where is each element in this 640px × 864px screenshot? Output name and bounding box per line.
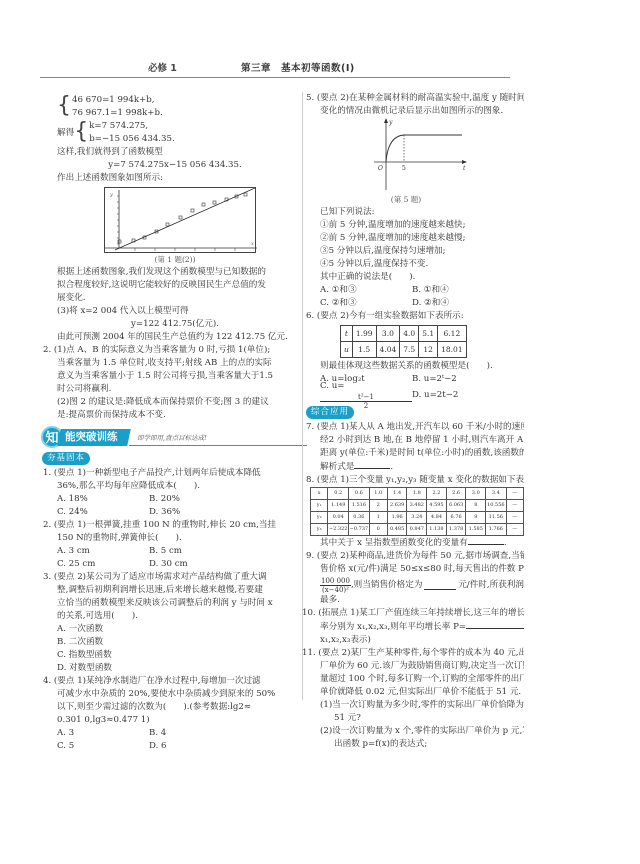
question-line: 0.301 0,lg3≈0.477 1) <box>57 714 293 727</box>
options-row: C. 25 cm D. 30 cm <box>57 558 293 571</box>
punctuation: . <box>504 538 507 548</box>
answer-blank[interactable] <box>468 536 504 545</box>
banner-title: 能突破训练 <box>65 429 118 446</box>
question-line: 11. (要点 2)某厂生产某种零件,每个零件的成本为 40 元,出 <box>302 647 524 660</box>
question-line: 3. (要点 2)某公司为了适应市场需求对产品结构做了重大调 <box>43 571 293 584</box>
question-3: 3. (要点 2)某公司为了适应市场需求对产品结构做了重大调 整,调整后初期利润… <box>57 571 293 675</box>
table-cell: 9 <box>466 512 486 524</box>
question-line: 售价格 x(元/件)满足 50≤x≤80 时,每天售出的件数 P= <box>306 563 524 576</box>
book-label: 必修 1 <box>148 62 177 75</box>
question-line: 8. (要点 1)三个变量 y₁,y₂,y₃ 随变量 x 变化的数据如下表: <box>306 474 524 487</box>
options-row: C. ②和③ D. ②和④ <box>306 297 524 310</box>
question-5: 5. (要点 2)在某种金属材料的耐高温实验中,温度 y 随时间 t 变化的情况… <box>306 92 524 310</box>
question-line: 9. (要点 2)某种商品,进货价为每件 50 元,据市场调查,当销 <box>306 550 524 563</box>
question-prompt: 其中关于 x 呈指数型函数变化的变量有 <box>320 538 468 548</box>
table-cell: — <box>506 512 523 524</box>
banner-subtitle: 即学即用,盘点目标达成! <box>137 432 207 445</box>
statement-1: ①前 5 分钟,温度增加的速度越来越快; <box>306 219 524 232</box>
table-cell: 6.76 <box>446 512 466 524</box>
svg-text:x: x <box>251 241 254 247</box>
question-line: 解析式是 <box>320 462 354 472</box>
table-cell: y₃ <box>311 524 328 536</box>
table-cell: 1 <box>369 512 387 524</box>
data-table-q8: x0.20.61.01.41.82.22.63.03.4— y₁1.1491.5… <box>310 487 524 536</box>
option-a[interactable]: A. 18% <box>57 493 149 506</box>
table-cell: 1.378 <box>446 524 466 536</box>
table-cell: −0.737 <box>349 524 370 536</box>
section-pill-basic: 夯基固本 <box>42 452 90 465</box>
option-b[interactable]: B. 5 cm <box>149 545 241 558</box>
question-4: 4. (要点 1)某纯净水制造厂在净水过程中,每增加一次过滤 可减少水中杂质的 … <box>57 675 293 753</box>
table-cell: 0.485 <box>387 524 407 536</box>
table-row: u 1.5 4.04 7.5 12 18.01 <box>341 342 467 358</box>
question-1: 1. (要点 1)一种新型电子产品投产,计划两年后使成本降低 36%,那么平均每… <box>57 467 293 519</box>
equation-line: b=−15 056 434.35. <box>89 133 175 146</box>
table-cell: — <box>506 524 523 536</box>
question-8: 8. (要点 1)三个变量 y₁,y₂,y₃ 随变量 x 变化的数据如下表: x… <box>306 474 524 550</box>
table-cell: 1.4 <box>387 488 407 500</box>
svg-text:5: 5 <box>402 165 406 172</box>
text-line: (3)将 x=2 004 代入以上模型可得 <box>57 305 293 318</box>
fraction: 100 000(x−40)² <box>320 577 351 594</box>
equation-system-1: { 46 670=1 994k+b, 76 967.1=1 998k+b. <box>57 94 293 120</box>
brace-icon: { <box>57 94 71 120</box>
table-cell: 0.6 <box>349 488 370 500</box>
banner-rule <box>129 445 307 446</box>
question-9: 9. (要点 2)某种商品,进货价为每件 50 元,据市场调查,当销 售价格 x… <box>306 550 524 607</box>
text-line: 由此可预测 2004 年的国民生产总值约为 122 412.75 亿元. <box>57 331 293 344</box>
option-d[interactable]: D. 36% <box>149 506 241 519</box>
table-cell: 1.99 <box>352 326 376 342</box>
question-line: 可减少水中杂质的 20%,要使水中杂质减少到原来的 50% <box>57 688 293 701</box>
options-row: A. 18% B. 20% <box>57 493 293 506</box>
table-cell: 3.4 <box>486 488 506 500</box>
answer-line: 意义为当乘客量小于 1.5 时公司将亏损,当乘客量大于1.5 <box>57 370 293 383</box>
table-cell: 5.1 <box>419 326 438 342</box>
table-row: y₂0.040.3611.963.244.846.76911.56— <box>311 512 524 524</box>
question-prompt: 则最佳体现这些数据关系的函数模型是( ). <box>306 360 524 373</box>
figure-5-temperature-curve: y t O 5 <box>306 118 524 193</box>
question-line: 变化的情况由微机记录后显示出如图所示的图象. <box>306 105 524 118</box>
option-c-label: C. u= <box>320 380 412 393</box>
table-cell: 1.8 <box>407 488 427 500</box>
table-cell: 3.24 <box>407 512 427 524</box>
equation-line: k=7 574.275, <box>89 120 175 133</box>
table-cell: 18.01 <box>438 342 466 358</box>
option-d[interactable]: D. 对数型函数 <box>57 662 293 675</box>
sub-question-1: 51 元? <box>306 712 524 725</box>
table-cell: 0.847 <box>407 524 427 536</box>
statement-4: ④5 分钟以后,温度保持不变. <box>306 258 524 271</box>
question-line: x₁,x₂,x₃表示) <box>306 634 524 647</box>
table-cell: −2.322 <box>328 524 349 536</box>
option-c[interactable]: C. ②和③ <box>320 297 412 310</box>
numerator: 100 000 <box>320 577 351 586</box>
table-cell: u <box>341 342 353 358</box>
figure-caption: (第 5 题) <box>306 193 506 206</box>
punctuation: . <box>390 462 393 472</box>
question-line: 经2 小时到达 B 地,在 B 地停留 1 小时,则汽车离开 A 地的 <box>306 434 524 447</box>
table-cell: 7.5 <box>400 342 419 358</box>
table-cell: y₁ <box>311 500 328 512</box>
question-line: 6. (要点 2)今有一组实验数据如下表所示: <box>306 310 524 323</box>
equation-line: 46 670=1 994k+b, <box>72 94 163 107</box>
table-row: y₃−2.322−0.73700.4850.8471.1381.3781.585… <box>311 524 524 536</box>
table-cell: x <box>311 488 328 500</box>
options-row: A. 3 cm B. 5 cm <box>57 545 293 558</box>
table-cell: 10.556 <box>486 500 506 512</box>
option-b[interactable]: B. u=2ᵗ−2 <box>412 373 504 386</box>
question-line: 7. (要点 1)某人从 A 地出发,开汽车以 60 千米/小时的速度, <box>306 421 524 434</box>
table-cell: 2.6 <box>446 488 466 500</box>
table-cell: 1.138 <box>427 524 447 536</box>
question-10: 10. (拓展点 1)某工厂产值连续三年持续增长,这三年的增长 率分别为 x₁,… <box>306 607 524 647</box>
section-banner: 知 能突破训练 即学即用,盘点目标达成! <box>41 426 293 448</box>
table-cell: — <box>506 500 523 512</box>
question-line: 1. (要点 1)一种新型电子产品投产,计划两年后使成本降低 <box>43 467 293 480</box>
sub-question-2: (2)设一次订购量为 x 个,零件的实际出厂单价为 p 元,写 <box>306 725 524 738</box>
table-row: t 1.99 3.0 4.0 5.1 6.12 <box>341 326 467 342</box>
question-line: 10. (拓展点 1)某工厂产值连续三年持续增长,这三年的增长 <box>302 607 524 620</box>
table-cell: 1.96 <box>387 512 407 524</box>
text-line: 这样,我们就得到了函数模型 <box>57 146 293 159</box>
option-a[interactable]: A. 3 <box>57 727 149 740</box>
question-6: 6. (要点 2)今有一组实验数据如下表所示: t 1.99 3.0 4.0 5… <box>306 310 524 404</box>
answer-blank[interactable] <box>354 460 390 469</box>
question-line: 立恰当的函数模型来反映该公司调整后的利润 y 与时间 x <box>57 597 293 610</box>
question-line: 厂单价为 60 元.该厂为鼓励销售商订购,决定当一次订购 <box>306 660 524 673</box>
scatter-line-chart: y x <box>105 188 257 254</box>
table-cell: — <box>506 488 523 500</box>
answer-line: 当乘客量为 1.5 单位时,收支持平;射线 AB 上的点的实际 <box>57 357 293 370</box>
question-11: 11. (要点 2)某厂生产某种零件,每个零件的成本为 40 元,出 厂单价为 … <box>306 647 524 751</box>
option-a[interactable]: A. ①和③ <box>320 284 412 297</box>
answer-blank[interactable] <box>424 581 456 590</box>
solve-label: 解得 <box>57 120 74 146</box>
table-cell: 3.0 <box>376 326 400 342</box>
svg-text:O: O <box>378 165 383 172</box>
table-cell: 12 <box>419 342 438 358</box>
options-row: C. u=t²−12 D. u=2t−2 <box>306 386 524 404</box>
question-line: 率分别为 x₁,x₂,x₃,则年平均增长率 P= <box>320 622 466 632</box>
answer-blank[interactable] <box>466 620 524 629</box>
temperature-graph: y t O 5 <box>306 118 528 193</box>
table-cell: 1.0 <box>369 488 387 500</box>
svg-text:y: y <box>109 192 113 198</box>
table-cell: 1.766 <box>486 524 506 536</box>
question-line: 单价就降低 0.02 元,但实际出厂单价不能低于 51 元. <box>306 686 524 699</box>
question-line: 36%,那么平均每年应降低成本( ). <box>57 480 293 493</box>
figure-caption: (第 1 题(2)) <box>57 253 293 266</box>
svg-text:y: y <box>388 119 393 126</box>
table-cell: 6.12 <box>438 326 466 342</box>
table-cell: 0.04 <box>328 512 349 524</box>
question-line: 的关系,可选用( ). <box>57 610 293 623</box>
option-b[interactable]: B. 20% <box>149 493 241 506</box>
answer-line: 2. (1)点 A、B 的实际意义为当乘客量为 0 时,亏损 1(单位); <box>43 344 293 357</box>
figure-1-scatter-plot: y x <box>104 187 256 253</box>
chapter-title: 第三章 基本初等函数(Ⅰ) <box>241 62 355 75</box>
sub-question-2: 出函数 p=f(x)的表达式; <box>306 738 524 751</box>
question-line: 150 N的重物时,弹簧伸长( ). <box>57 532 293 545</box>
question-line: 2. (要点 1)一根弹簧,挂重 100 N 的重物时,伸长 20 cm,当挂 <box>43 519 293 532</box>
question-line: 以下,则至少需过滤的次数为( ).(参考数据:lg2≈ <box>57 701 293 714</box>
question-line: 5. (要点 2)在某种金属材料的耐高温实验中,温度 y 随时间 t <box>306 92 524 105</box>
options-row: A. 3 B. 4 <box>57 727 293 740</box>
denominator: (x−40)² <box>320 586 351 594</box>
statement-2: ②前 5 分钟,温度增加的速度越来越慢; <box>306 232 524 245</box>
table-cell: 3.0 <box>466 488 486 500</box>
right-column: 5. (要点 2)在某种金属材料的耐高温实验中,温度 y 随时间 t 变化的情况… <box>302 92 524 700</box>
table-cell: 4.595 <box>427 500 447 512</box>
options-row: C. 24% D. 36% <box>57 506 293 519</box>
table-cell: 2 <box>369 500 387 512</box>
option-c[interactable]: C. 5 <box>57 740 149 753</box>
table-row: x0.20.61.01.41.82.22.63.03.4— <box>311 488 524 500</box>
text-line: 根据上述函数图象,我们发现这个函数模型与已知数据的 <box>57 266 293 279</box>
statement-3: ③5 分钟以后,温度保持匀速增加; <box>306 245 524 258</box>
equation-system-2: 解得 { k=7 574.275, b=−15 056 434.35. <box>57 120 293 146</box>
question-text: ,则当销售价格定为 <box>351 579 422 592</box>
table-cell: 2.2 <box>427 488 447 500</box>
question-line: 最多. <box>306 594 524 607</box>
question-line: 量超过 100 个时,每多订购一个,订购的全部零件的出厂 <box>306 673 524 686</box>
option-d[interactable]: D. 30 cm <box>149 558 241 571</box>
table-cell: 1.585 <box>466 524 486 536</box>
equation-line: y=122 412.75(亿元). <box>57 318 293 331</box>
question-prompt: 其中正确的说法是( ). <box>306 271 524 284</box>
table-cell: 0.36 <box>349 512 370 524</box>
option-c[interactable]: C. 25 cm <box>57 558 149 571</box>
table-cell: 1.149 <box>328 500 349 512</box>
text-line: 已知下列说法: <box>306 206 524 219</box>
option-a[interactable]: A. 一次函数 <box>57 623 293 636</box>
table-cell: 2.639 <box>387 500 407 512</box>
table-cell: 8 <box>466 500 486 512</box>
table-cell: 4.0 <box>400 326 419 342</box>
option-b[interactable]: B. 二次函数 <box>57 636 293 649</box>
table-cell: 0 <box>369 524 387 536</box>
table-cell: 1.516 <box>349 500 370 512</box>
question-7: 7. (要点 1)某人从 A 地出发,开汽车以 60 千米/小时的速度, 经2 … <box>306 421 524 474</box>
table-cell: 1.5 <box>352 342 376 358</box>
answer-line: (2)图 2 的建议是:降低成本而保持票价不变;图 3 的建议 <box>57 396 293 409</box>
banner-title-bar: 能突破训练 <box>57 429 131 446</box>
options-row: C. 5 D. 6 <box>57 740 293 753</box>
option-d[interactable]: D. 6 <box>149 740 241 753</box>
data-table-q6: t 1.99 3.0 4.0 5.1 6.12 u 1.5 4.04 7.5 1… <box>340 325 467 358</box>
question-2: 2. (要点 1)一根弹簧,挂重 100 N 的重物时,伸长 20 cm,当挂 … <box>57 519 293 571</box>
option-d[interactable]: D. ②和④ <box>412 297 504 310</box>
option-d[interactable]: D. u=2t−2 <box>412 389 504 402</box>
sub-question-1: (1)当一次订购量为多少时,零件的实际出厂单价恰降为 <box>306 699 524 712</box>
table-cell: y₂ <box>311 512 328 524</box>
textbook-page: 必修 1 第三章 基本初等函数(Ⅰ) { 46 670=1 994k+b, 76… <box>0 0 640 864</box>
question-line: 距离 y(单位:千米)是时间 t(单位:小时)的函数,该函数的 <box>306 447 524 460</box>
table-cell: 3.482 <box>407 500 427 512</box>
table-cell: 11.56 <box>486 512 506 524</box>
numerator: t²−1 <box>320 393 412 402</box>
option-b[interactable]: B. ①和④ <box>412 284 504 297</box>
question-text: 元/件时,所获利润 <box>458 579 524 592</box>
options-row: A. ①和③ B. ①和④ <box>306 284 524 297</box>
brace-icon: { <box>74 120 88 146</box>
table-cell: 4.84 <box>427 512 447 524</box>
question-line: 4. (要点 1)某纯净水制造厂在净水过程中,每增加一次过滤 <box>43 675 293 688</box>
model-equation: y=7 574.275x−15 056 434.35. <box>57 159 293 172</box>
table-cell: t <box>341 326 353 342</box>
answer-line: 是:提高票价而保持成本不变. <box>57 409 293 422</box>
text-line: 作出上述函数图象如图所示: <box>57 172 293 185</box>
text-line: 展变化. <box>57 292 293 305</box>
answer-line: 时公司将赢利. <box>57 383 293 396</box>
option-a[interactable]: A. 3 cm <box>57 545 149 558</box>
page-header: 必修 1 第三章 基本初等函数(Ⅰ) <box>40 60 510 78</box>
text-line: 拟合程度较好,这说明它能较好的反映国民生产总值的发 <box>57 279 293 292</box>
table-cell: 4.04 <box>376 342 400 358</box>
table-cell: 0.2 <box>328 488 349 500</box>
left-column: { 46 670=1 994k+b, 76 967.1=1 998k+b. 解得… <box>57 94 293 753</box>
svg-text:t: t <box>463 165 466 172</box>
section-pill-application: 综合应用 <box>306 406 354 419</box>
table-row: y₁1.1491.51622.6393.4824.5956.063810.556… <box>311 500 524 512</box>
option-b[interactable]: B. 4 <box>149 727 241 740</box>
option-c[interactable]: C. 指数型函数 <box>57 649 293 662</box>
table-cell: 6.063 <box>446 500 466 512</box>
question-line: 整,调整后初期利润增长迅速,后来增长越来越慢,若要建 <box>57 584 293 597</box>
option-c[interactable]: C. 24% <box>57 506 149 519</box>
